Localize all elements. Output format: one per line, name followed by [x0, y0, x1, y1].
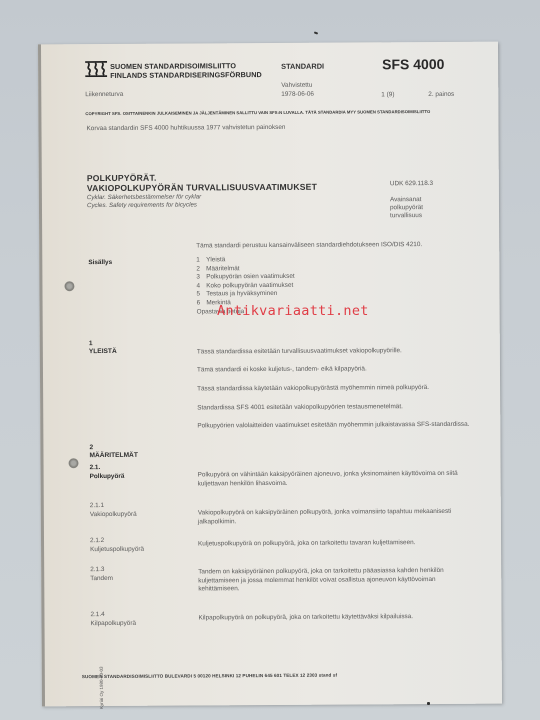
dust-speck [427, 702, 430, 705]
definition-text: Kilpapolkupyörä on polkupyörä, joka on t… [198, 613, 413, 623]
keyword: turvallisuus [390, 212, 422, 221]
title-line-2: VAKIOPOLKUPYÖRÄN TURVALLISUUSVAATIMUKSET [87, 182, 317, 193]
toc-item: 4 Koko polkupyörän vaatimukset [196, 282, 294, 291]
footer-address: SUOMEN STANDARDISOIMISLIITTO BULEVARDI 5… [82, 673, 337, 680]
definition-term: Vakiopolkupyörä [90, 511, 137, 520]
paragraph: Tässä standardissa esitetään turvallisuu… [197, 347, 402, 357]
paragraph: Standardissa SFS 4001 esitetään vakiopol… [197, 403, 403, 413]
definition-number: 2.1.3 [90, 566, 104, 575]
category: Liikenneturva [85, 91, 123, 100]
definition-term: Polkupyörä [90, 473, 125, 482]
document-page: SUOMEN STANDARDISOIMISLIITTO FINLANDS ST… [38, 42, 502, 707]
page-number: 1 (9) [381, 91, 394, 100]
title-english: Cycles. Safety requirements for bicycles [87, 201, 197, 209]
definition-number: 2.1.2 [90, 537, 104, 546]
dust-speck [314, 31, 318, 34]
definition-number: 2.1.4 [90, 611, 104, 620]
standard-label: STANDARDI [281, 62, 324, 71]
definition-text: Tandem on kaksipyöräinen polkupyörä, jok… [198, 567, 444, 594]
definition-text: Polkupyörä on vähintään kaksipyöräinen a… [198, 470, 458, 489]
definition-text: Kuljetuspolkupyörä on polkupyörä, joka o… [198, 539, 415, 549]
section-2-number: 2 [89, 444, 93, 451]
intro-text: Tämä standardi perustuu kansainväliseen … [196, 241, 422, 251]
punch-hole [64, 281, 74, 291]
paragraph: Polkupyörien valolaitteiden vaatimukset … [197, 421, 469, 431]
paragraph: Tässä standardissa käytetään vakiopolkup… [197, 384, 429, 394]
printer-imprint: Kyriiri Oy 1980-80-03 [99, 666, 104, 709]
organization-name-sv: FINLANDS STANDARDISERINGSFÖRBUND [110, 70, 262, 80]
replaces-note: Korvaa standardin SFS 4000 huhtikuussa 1… [86, 124, 285, 134]
punch-hole [69, 458, 79, 468]
definition-term: Tandem [90, 575, 113, 584]
section-1-number: 1 [89, 340, 93, 347]
sfs-logo-icon [85, 61, 107, 77]
title-swedish: Cyklar. Säkerhetsbestämmelser för cyklar [87, 193, 201, 201]
edition: 2. painos [428, 91, 454, 100]
copyright-notice: COPYRIGHT SFS. OSITTAINENKIN JULKAISEMIN… [85, 109, 430, 116]
definition-term: Kilpapolkupyörä [90, 620, 136, 629]
watermark: Antikvariaatti.net [217, 303, 369, 319]
section-1-heading: YLEISTÄ [89, 348, 117, 355]
definition-term: Kuljetuspolkupyörä [90, 546, 144, 555]
section-2-heading: MÄÄRITELMÄT [89, 452, 137, 459]
confirmed-label: Vahvistettu [281, 82, 312, 91]
definition-number: 2.1. [90, 464, 101, 473]
toc-label: Sisällys [88, 259, 112, 268]
udk-code: UDK 629.118.3 [390, 180, 433, 189]
definition-number: 2.1.1 [90, 502, 104, 511]
paragraph: Tämä standardi ei koske kuljetus-, tande… [197, 365, 367, 375]
standard-number: SFS 4000 [382, 56, 444, 72]
title-line-1: POLKUPYÖRÄT. [87, 173, 157, 183]
definition-text: Vakiopolkupyörä on kaksipyöräinen polkup… [198, 508, 452, 527]
confirmed-date: 1978-06-06 [281, 91, 314, 100]
